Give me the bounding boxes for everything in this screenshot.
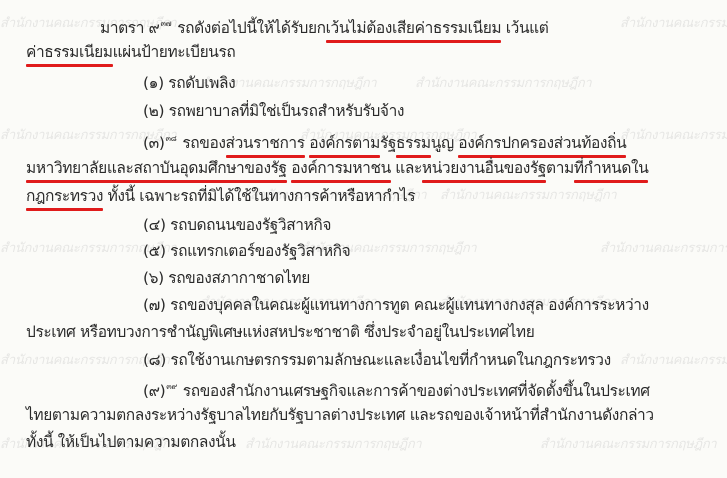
item-text: รถใช้งานเกษตรกรรมตามลักษณะและเงื่อนไขที่… [170,351,610,369]
intro-text: แผ่นป้ายทะเบียนรถ [113,43,236,61]
highlight-underline: ธรรม [396,132,431,154]
intro-text: รถดังต่อไปนี้ให้ได้รับยก [177,19,325,37]
item-text: นูญ [431,134,459,152]
item-3: (๓)๓๘รถของส่วนราชการ องค์กรตามรัฐธรรมนูญ… [143,128,626,154]
footnote-marker: ๓๗ [161,19,172,28]
item-9-continued: ไทยตามความตกลงระหว่างรัฐบาลไทยกับรัฐบาลต… [26,404,654,426]
highlight-underline: องค์กรปกครองส่วนท้องถิ่น [458,132,626,154]
item-4: (๔) รถบดถนนของรัฐวิสาหกิจ [143,214,331,236]
item-8: (๘) รถใช้งานเกษตรกรรมตามลักษณะและเงื่อนไ… [143,349,611,371]
item-text: ประเทศ หรือทบวงการชำนัญพิเศษแห่งสหประชาช… [26,323,534,341]
item-number: (๓) [143,134,165,152]
footnote-marker: ๓๘ [166,134,177,143]
item-7: (๗) รถของบุคคลในคณะผู้แทนทางการทูต คณะผู… [143,294,649,316]
footnote-marker: ๓๙ [166,382,177,391]
watermark: สำนักงานคณะกรรมการกฤษฎีกา [620,12,727,33]
watermark: สำนักงานคณะกรรมการกฤษฎีกา [540,433,716,454]
highlight-underline: ส่วนราชการ [226,132,305,154]
item-text: รถของสำนักงานเศรษฐกิจและการค้าของต่างประ… [183,382,650,400]
highlight-underline: ค่าธรรมเนียม [26,41,113,63]
item-number: (๔) [143,216,166,234]
item-3-continued-2: กฎกระทรวง ทั้งนี้ เฉพาะรถที่มิได้ใช้ในทา… [26,185,415,207]
watermark: สำนักงานคณะกรรมการกฤษฎีกา [245,433,421,454]
item-text: รถพยาบาลที่มิใช่เป็นรถสำหรับรับจ้าง [169,102,404,120]
item-number: (๙) [143,382,165,400]
item-number: (๒) [143,102,164,120]
item-text: รถแทรกเตอร์ของรัฐวิสาหกิจ [170,242,350,260]
item-1: (๑) รถดับเพลิง [143,72,235,94]
item-text: รถของบุคคลในคณะผู้แทนทางการทูต คณะผู้แทน… [170,296,649,314]
item-text: และ [391,159,422,177]
intro-text: เว้นแต่ [501,19,548,37]
item-text: รถบดถนนของรัฐวิสาหกิจ [170,216,331,234]
section-intro-line-2: ค่าธรรมเนียมแผ่นป้ายทะเบียนรถ [26,41,235,63]
highlight-underline: มหาวิทยาลัยและสถาบันอุดมศึกษาของรัฐ [26,157,287,179]
item-number: (๑) [143,74,164,92]
item-9-continued-2: ทั้งนี้ ให้เป็นไปตามความตกลงนั้น [26,431,236,453]
item-number: (๗) [143,296,166,314]
highlight-underline: หน่วยงานอื่นของรัฐ [422,157,546,179]
highlight-underline: องค์กรตาม [309,132,380,154]
item-3-continued: มหาวิทยาลัยและสถาบันอุดมศึกษาของรัฐ องค์… [26,157,648,179]
item-number: (๖) [143,269,164,287]
watermark: สำนักงานคณะกรรมการกฤษฎีกา [415,72,591,93]
highlight-underline: ที่กำหนดใน [574,157,649,179]
item-7-continued: ประเทศ หรือทบวงการชำนัญพิเศษแห่งสหประชาช… [26,321,534,343]
highlight-underline: องค์การมหาชน [291,157,391,179]
watermark: สำนักงานคณะกรรมการกฤษฎีกา [600,237,727,258]
highlight-underline: เว้นไม่ต้องเสียค่าธรรมเนียม [326,17,502,39]
item-text: รถดับเพลิง [168,74,235,92]
item-text: รถของสภากาชาดไทย [168,269,310,287]
watermark: สำนักงานคณะกรรมการกฤษฎีกา [440,184,616,205]
item-number: (๘) [143,351,166,369]
item-text: รถของ [182,134,225,152]
item-2: (๒) รถพยาบาลที่มิใช่เป็นรถสำหรับรับจ้าง [143,100,404,122]
item-text: ตาม [546,159,574,177]
section-number: มาตรา ๙ [100,19,160,37]
law-document-page: สำนักงานคณะกรรมการกฤษฎีกา สำนักงานคณะกรร… [0,0,727,478]
watermark: สำนักงานคณะกรรมการกฤษฎีกา [620,349,727,370]
item-6: (๖) รถของสภากาชาดไทย [143,267,310,289]
item-text: ทั้งนี้ เฉพาะรถที่มิได้ใช้ในทางการค้าหรื… [103,187,415,205]
item-number: (๕) [143,242,166,260]
item-text: รัฐ [380,134,396,152]
item-5: (๕) รถแทรกเตอร์ของรัฐวิสาหกิจ [143,240,350,262]
watermark: สำนักงานคณะกรรมการกฤษฎีกา [620,124,727,145]
section-heading-line: มาตรา ๙๓๗รถดังต่อไปนี้ให้ได้รับยกเว้นไม่… [100,13,548,39]
item-text: ทั้งนี้ ให้เป็นไปตามความตกลงนั้น [26,433,236,451]
item-text: ไทยตามความตกลงระหว่างรัฐบาลไทยกับรัฐบาลต… [26,406,654,424]
item-9: (๙)๓๙รถของสำนักงานเศรษฐกิจและการค้าของต่… [143,376,650,402]
highlight-underline: กฎกระทรวง [26,185,103,207]
